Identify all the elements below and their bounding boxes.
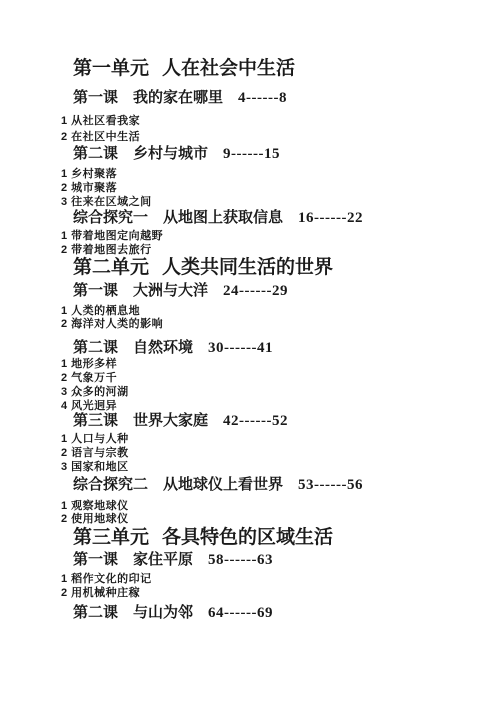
course-title: 从地球仪上看世界 [163, 477, 283, 493]
course-title: 我的家在哪里 [133, 90, 223, 106]
course-label: 第二课 [73, 605, 118, 621]
course-pages: 9------15 [223, 146, 280, 162]
toc-subitem: 1 人口与人种 [61, 433, 129, 446]
course-row: 第二课 乡村与城市 9------15 [73, 146, 280, 162]
course-row: 综合探究一 从地图上获取信息 16------22 [73, 210, 363, 226]
course-pages: 16------22 [298, 210, 363, 226]
course-title: 大洲与大洋 [133, 283, 208, 299]
course-title: 自然环境 [133, 340, 193, 356]
course-pages: 24------29 [223, 283, 288, 299]
course-row: 第三课 世界大家庭 42------52 [73, 413, 288, 429]
course-title: 世界大家庭 [133, 413, 208, 429]
course-row: 第一课 大洲与大洋 24------29 [73, 283, 288, 299]
course-label: 第二课 [73, 146, 118, 162]
unit-label: 第三单元 [73, 527, 149, 548]
course-row: 第二课 与山为邻 64------69 [73, 605, 273, 621]
unit-label: 第二单元 [73, 257, 149, 278]
course-label: 第三课 [73, 413, 118, 429]
course-row: 第一课 我的家在哪里 4------8 [73, 90, 287, 106]
toc-page: 第一单元 人在社会中生活 第一课 我的家在哪里 4------8 1 从社区看我… [0, 0, 500, 707]
toc-subitem: 2 带着地图去旅行 [61, 244, 152, 257]
toc-subitem: 2 语言与宗教 [61, 447, 129, 460]
toc-subitem: 1 人类的栖息地 [61, 305, 140, 318]
toc-subitem: 2 海洋对人类的影响 [61, 318, 163, 331]
toc-subitem: 1 从社区看我家 [61, 115, 140, 128]
toc-subitem: 3 往来在区域之间 [61, 196, 152, 209]
unit-title: 人在社会中生活 [162, 58, 295, 79]
course-label: 综合探究二 [73, 477, 148, 493]
course-label: 第一课 [73, 552, 118, 568]
toc-subitem: 2 使用地球仪 [61, 513, 129, 526]
toc-subitem: 1 地形多样 [61, 358, 117, 371]
toc-subitem: 3 众多的河湖 [61, 386, 129, 399]
unit-title: 各具特色的区域生活 [162, 527, 333, 548]
toc-subitem: 1 乡村聚落 [61, 168, 117, 181]
unit-heading: 第三单元 各具特色的区域生活 [73, 527, 333, 548]
course-label: 第二课 [73, 340, 118, 356]
unit-heading: 第二单元 人类共同生活的世界 [73, 257, 333, 278]
toc-subitem: 2 气象万千 [61, 372, 117, 385]
unit-title: 人类共同生活的世界 [162, 257, 333, 278]
course-pages: 53------56 [298, 477, 363, 493]
course-title: 从地图上获取信息 [163, 210, 283, 226]
toc-subitem: 2 在社区中生活 [61, 131, 140, 144]
toc-subitem: 1 稻作文化的印记 [61, 573, 152, 586]
toc-subitem: 3 国家和地区 [61, 461, 129, 474]
course-pages: 64------69 [208, 605, 273, 621]
toc-subitem: 1 观察地球仪 [61, 500, 129, 513]
course-row: 综合探究二 从地球仪上看世界 53------56 [73, 477, 363, 493]
toc-subitem: 2 用机械种庄稼 [61, 587, 140, 600]
course-label: 第一课 [73, 90, 118, 106]
course-title: 乡村与城市 [133, 146, 208, 162]
unit-label: 第一单元 [73, 58, 149, 79]
course-pages: 30------41 [208, 340, 273, 356]
toc-subitem: 1 带着地图定向越野 [61, 230, 163, 243]
course-row: 第二课 自然环境 30------41 [73, 340, 273, 356]
course-title: 与山为邻 [133, 605, 193, 621]
course-pages: 58------63 [208, 552, 273, 568]
course-label: 第一课 [73, 283, 118, 299]
course-row: 第一课 家住平原 58------63 [73, 552, 273, 568]
course-title: 家住平原 [133, 552, 193, 568]
course-label: 综合探究一 [73, 210, 148, 226]
course-pages: 4------8 [238, 90, 287, 106]
course-pages: 42------52 [223, 413, 288, 429]
toc-subitem: 2 城市聚落 [61, 182, 117, 195]
unit-heading: 第一单元 人在社会中生活 [73, 58, 295, 79]
